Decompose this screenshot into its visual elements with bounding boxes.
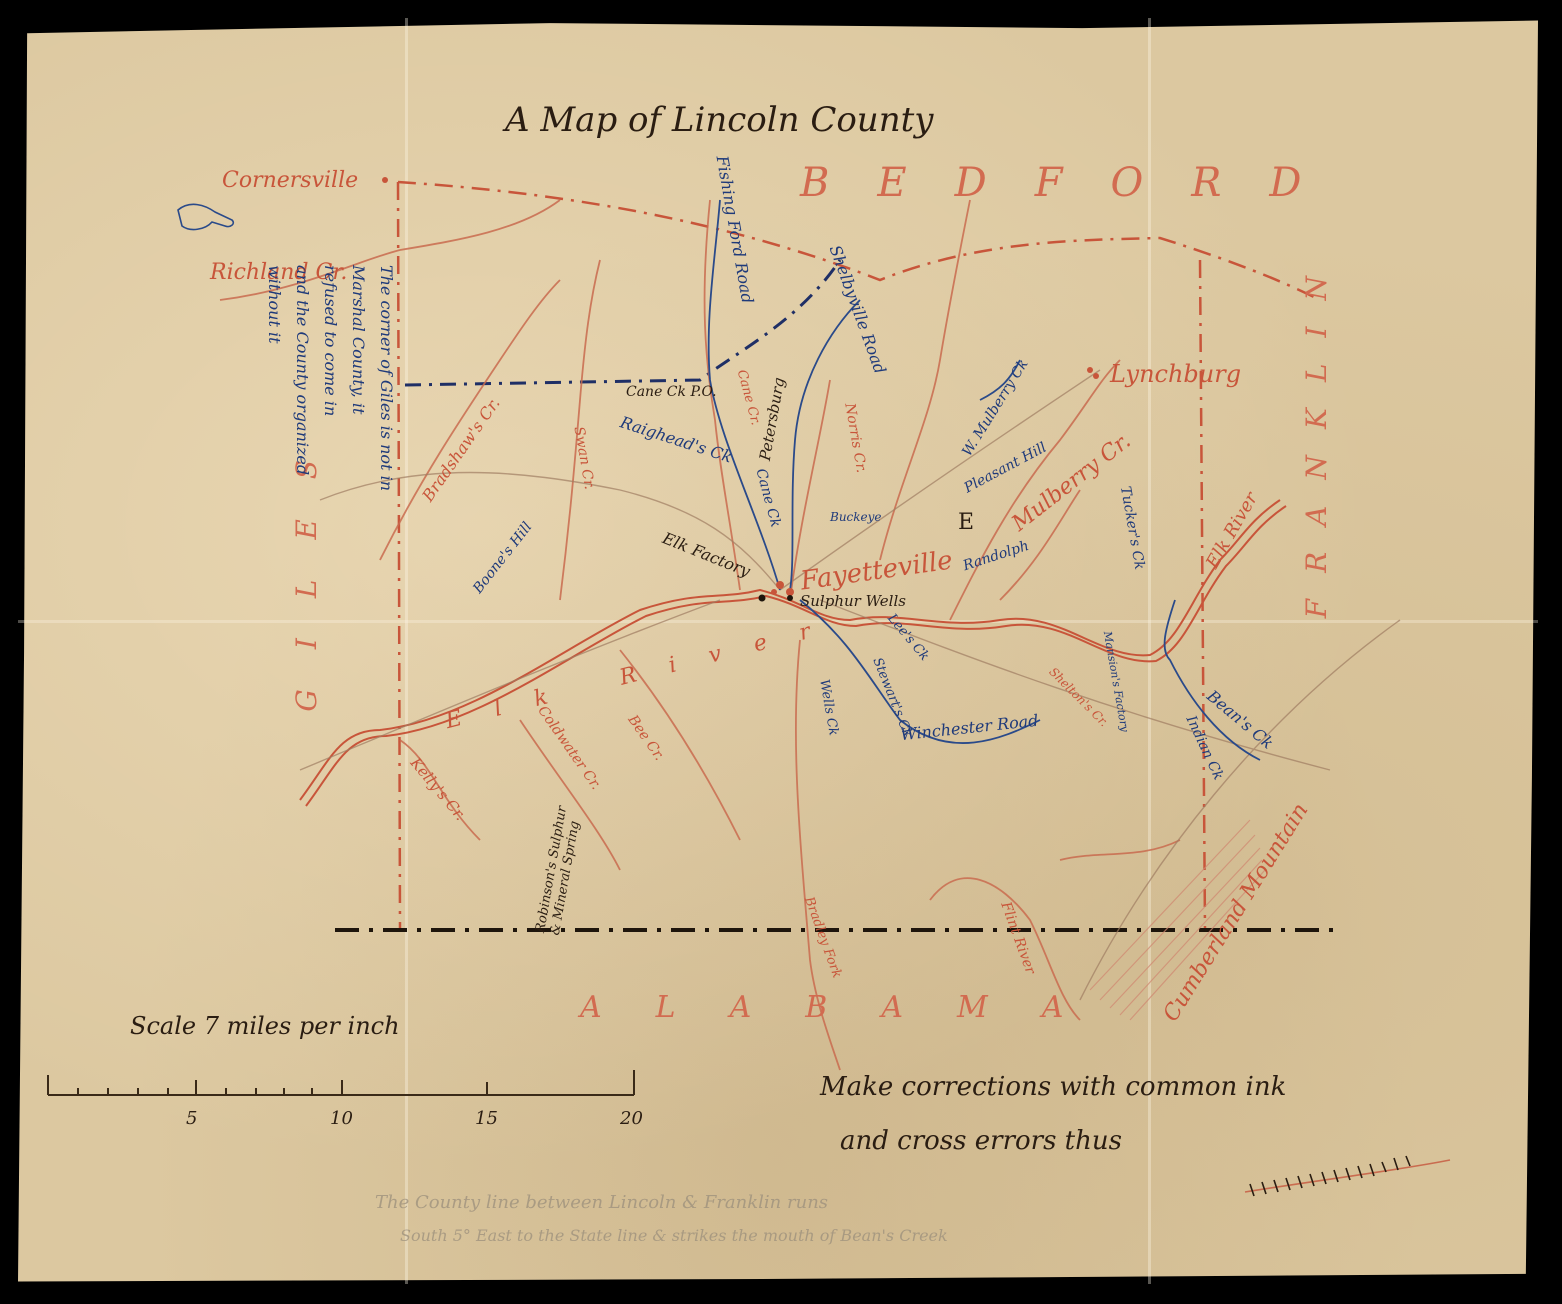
pointing-hand-icon [178,204,233,229]
note-line: The corner of Giles is not in [372,265,400,665]
town-cane-ck-po: Cane Ck P.O. [626,384,717,400]
instructions-line-1: Make corrections with common ink [820,1072,1286,1102]
letter: O [1110,160,1191,206]
note-line: Marshal County, it [344,265,372,665]
town-sulphur-wells: Sulphur Wells [800,592,906,610]
town-cornersville: Cornersville [222,168,358,193]
scale-tick-5: 5 [186,1108,197,1129]
letter: B [805,990,881,1025]
note-line: refused to come in [316,265,344,665]
letter: N [1300,250,1333,301]
letter: N [1300,429,1333,480]
letter: A [580,990,656,1025]
letter: A [881,990,957,1025]
neighbor-east-franklin: FRANKLIN [1300,250,1333,618]
letter: A [730,990,806,1025]
scale-tick-20: 20 [620,1108,643,1129]
letter: L [1300,338,1333,383]
letter: R [1191,160,1269,206]
scale-tick-15: 15 [475,1108,498,1129]
letter: K [1300,382,1333,429]
letter: A [1042,990,1118,1025]
letter: E [877,160,954,206]
letter: D [1269,160,1349,206]
letter: L [656,990,730,1025]
scale-label: Scale 7 miles per inch [130,1012,400,1040]
letter-e: E [958,510,974,535]
letter: B [800,160,877,206]
letter: I [1300,301,1333,338]
pencil-note-line-1: The County line between Lincoln & Frankl… [375,1192,828,1213]
letter: D [955,160,1035,206]
note-line: and the County organized [288,265,316,665]
town-lynchburg: Lynchburg [1110,360,1241,388]
letter: R [1300,526,1333,573]
letter: M [957,990,1042,1025]
note-line: without it [260,265,288,665]
neighbor-south-alabama: ALABAMA [580,990,1117,1025]
town-buckeye: Buckeye [830,510,882,524]
neighbor-north-bedford: BEDFORD [800,160,1349,206]
instructions-line-2: and cross errors thus [840,1126,1122,1156]
marginal-note: The corner of Giles is not in Marshal Co… [260,265,400,665]
letter: F [1035,160,1111,206]
scale-bar [48,1070,634,1095]
letter: A [1300,480,1333,526]
scale-tick-10: 10 [330,1108,353,1129]
pencil-note-line-2: South 5° East to the State line & strike… [400,1226,948,1245]
letter: F [1300,573,1333,618]
map-title: A Map of Lincoln County [505,100,933,140]
